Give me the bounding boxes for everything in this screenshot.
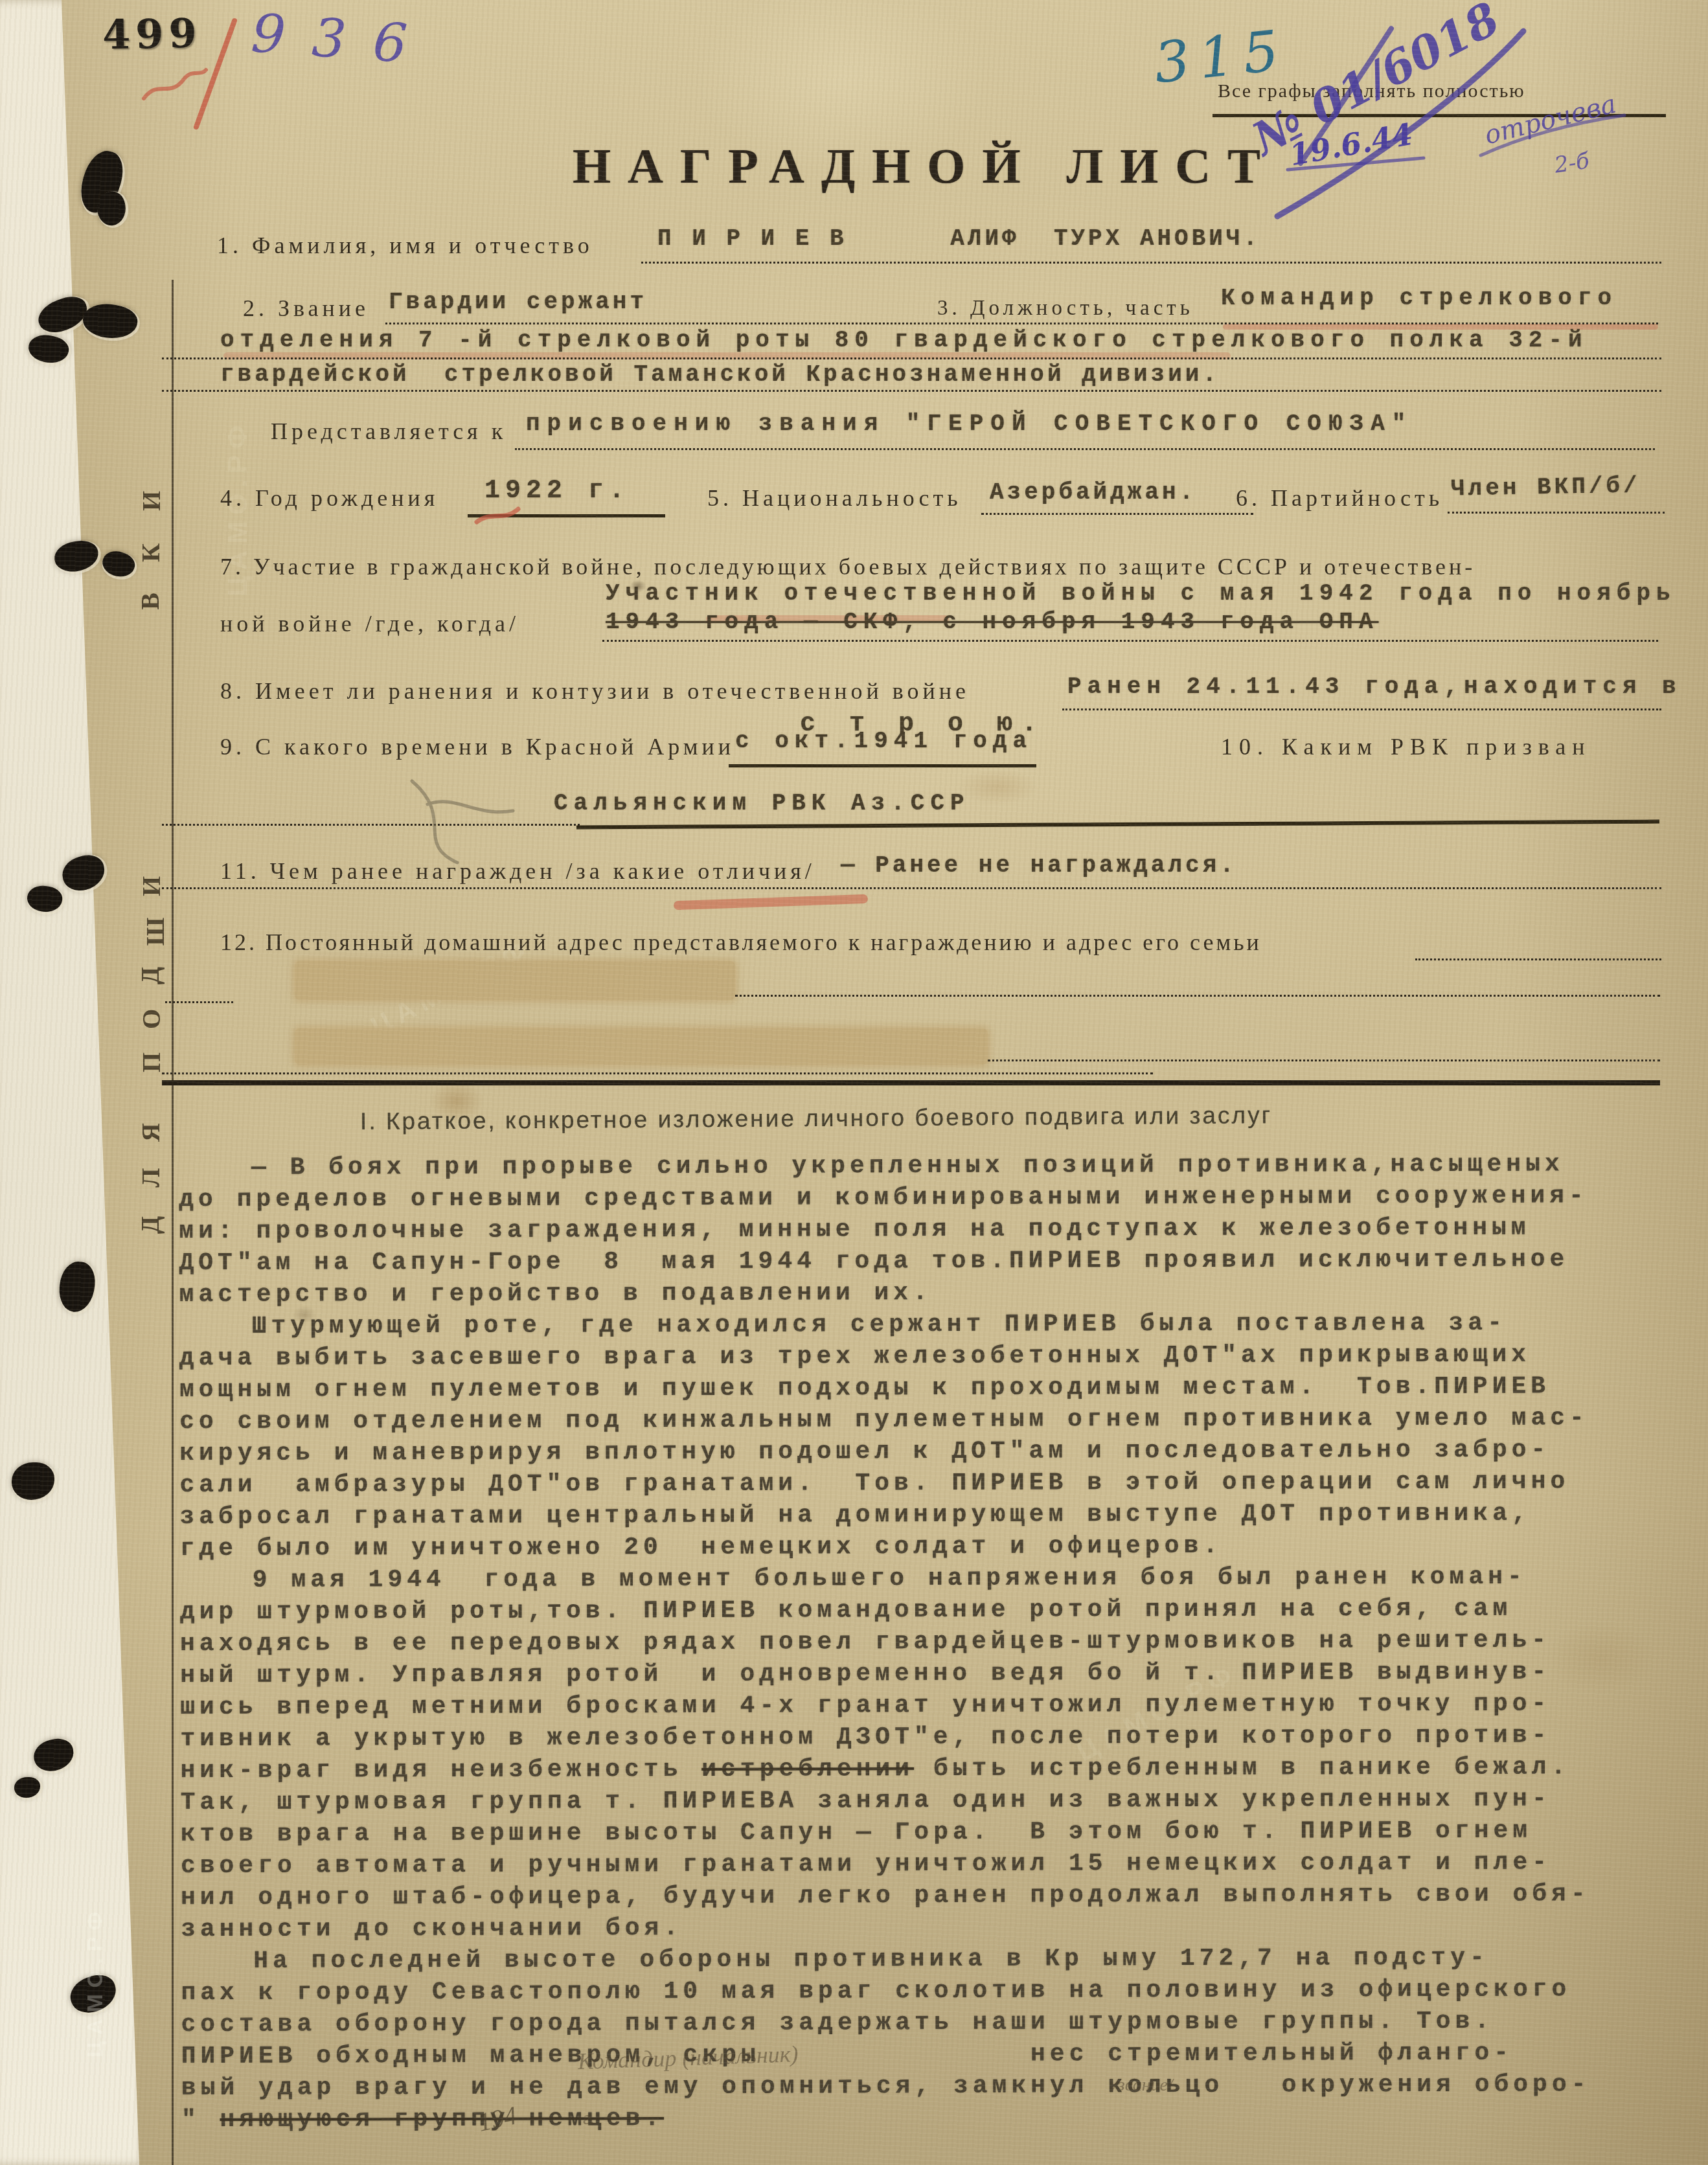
citation-line: сали амбразуры ДОТ"ов гранатами. Тов. ПИ… (179, 1466, 1682, 1501)
rank-print: /звание/ (1113, 2075, 1173, 2096)
citation-line: ПИРИЕВ обходным маневром, скры нес стрем… (181, 2037, 1684, 2072)
citation-line: пах к городу Севастополю 10 мая враг ско… (181, 1973, 1683, 2009)
citation-line: Так, штурмовая группа т. ПИРИЕВА заняла … (181, 1783, 1683, 1819)
citation-body: — В боях при прорыве сильно укрепленных … (179, 1148, 1684, 2136)
divider-dotted (162, 1072, 1153, 1074)
margin-letter: Ш (140, 918, 170, 946)
field12-label: 12. Постоянный домашний адрес представля… (220, 929, 1262, 956)
presented-label: Представляется к (271, 418, 507, 445)
dotted-underline (735, 995, 1660, 997)
margin-letter: П (136, 1052, 166, 1072)
citation-line: ми: проволочные заграждения, минные поля… (179, 1212, 1681, 1247)
dotted-underline (1062, 708, 1661, 710)
hole-punch (99, 547, 138, 582)
award-sheet-page: ИКВИШДОПЯЛД ЦАМО.РФ ЦАМО.РФ ЦАМО.РФ ЦАМО… (0, 0, 1708, 2165)
citation-line: " няющуюся группу немцев. (181, 2100, 1684, 2136)
section-heading: I. Краткое, конкретное изложение личного… (360, 1102, 1272, 1135)
citation-line: занности до скончании боя. (181, 1910, 1683, 1945)
field10-label: 10. Каким РВК призван (1221, 733, 1591, 760)
dotted-underline (385, 323, 1658, 324)
margin-letter: Л (135, 1168, 166, 1188)
citation-line: вый удар врагу и не дав ему опомниться, … (181, 2069, 1684, 2104)
field4-label: 4. Год рождения (220, 484, 438, 512)
field6-value: Член ВКП/б/ (1451, 472, 1641, 502)
solid-underline (729, 764, 1036, 767)
field3-label: 3. Должность, часть (937, 297, 1194, 321)
presented-value: присвоению звания "ГЕРОЙ СОВЕТСКОГО СОЮЗ… (526, 411, 1413, 437)
field5-label: 5. Национальность (707, 484, 962, 512)
page-number-stamp: 499 (102, 10, 202, 59)
citation-line: нил одного штаб-офицера, будучи легко ра… (181, 1878, 1683, 1914)
field3-value-line1: Командир стрелкового (1221, 285, 1617, 312)
citation-line: ктов врага на вершине высоты Сапун — Гор… (181, 1815, 1683, 1850)
margin-letter: И (136, 876, 166, 896)
pencil-squiggle (412, 781, 513, 863)
citation-line: со своим отделением под кинжальным пулем… (179, 1402, 1682, 1438)
citation-line: Штурмующей роте, где находился сержант П… (179, 1307, 1682, 1343)
divider-thick (162, 1080, 1660, 1085)
field3-value-line2: отделения 7 -й стрелковой роты 80 гварде… (220, 327, 1588, 354)
field8-label: 8. Имеет ли ранения и контузии в отечест… (220, 677, 970, 705)
dotted-underline (162, 824, 580, 826)
red-pencil-diagonal (196, 21, 234, 127)
archive-watermark: ЦАМО.РФ (1705, 367, 1708, 545)
dotted-underline (988, 1060, 1660, 1061)
citation-line: — В боях при прорыве сильно укрепленных … (179, 1148, 1681, 1184)
citation-line: мощным огнем пулеметов и пушек подходы к… (179, 1370, 1682, 1406)
citation-line: кируясь и маневрируя вплотную подошел к … (179, 1434, 1682, 1469)
red-pencil-scribble (144, 70, 206, 98)
field9-value: с окт.1941 года (735, 728, 1032, 754)
citation-line: забросал гранатами центральный на домини… (179, 1497, 1682, 1533)
citation-line: ник-враг видя неизбежность истреблении б… (180, 1751, 1683, 1787)
field2-label: 2. Звание (243, 295, 369, 322)
form-left-rule (172, 280, 174, 2165)
redacted-block (295, 961, 735, 1000)
dotted-underline (515, 448, 1655, 450)
field4-value: 1922 г. (484, 477, 630, 506)
margin-letter: Д (135, 1216, 165, 1234)
field7-value-line1: Участник отечественной войны с мая 1942 … (606, 580, 1676, 607)
dotted-underline (981, 513, 1253, 515)
solid-underline (576, 820, 1659, 830)
citation-line: ДОТ"ам на Сапун-Горе 8 мая 1944 года тов… (179, 1243, 1681, 1279)
hole-punch (81, 300, 139, 341)
citation-line: где было им уничтожено 20 немецких солда… (180, 1529, 1683, 1565)
field11-label: 11. Чем ранее награжден /за какие отличи… (220, 857, 815, 885)
redacted-block (295, 1028, 988, 1065)
margin-letter: Я (135, 1123, 166, 1142)
dotted-underline (1448, 512, 1665, 514)
dotted-underline (1415, 958, 1661, 960)
field2-value: Гвардии сержант (389, 289, 647, 315)
citation-line: На последней высоте обороны противника в… (181, 1942, 1683, 1977)
margin-letter: О (136, 1009, 166, 1029)
field8-value: Ранен 24.11.43 года,находится в (1067, 674, 1682, 700)
field1-label: 1. Фамилия, имя и отчество (217, 232, 593, 259)
handwritten-number-top: 936 (249, 3, 436, 76)
citation-line: дача выбить засевшего врага из трех желе… (179, 1339, 1682, 1374)
citation-line: мастерство и геройство в подавлении их. (179, 1275, 1682, 1311)
margin-letter: И (136, 491, 166, 511)
field6-label: 6. Партийность (1236, 484, 1443, 512)
citation-line: ный штурм. Управляя ротой и одновременно… (180, 1656, 1683, 1692)
field10-value: Сальянским РВК Аз.ССР (554, 790, 970, 817)
document-title: НАГРАДНОЙ ЛИСТ (573, 139, 1277, 195)
dotted-underline (162, 390, 1661, 392)
dotted-underline (162, 357, 1661, 359)
dotted-underline (162, 887, 1661, 889)
citation-line: состава оборону города пытался задержать… (181, 2005, 1683, 2041)
citation-line: шись вперед метними бросками 4-х гранат … (180, 1688, 1683, 1723)
citation-line: 9 мая 1944 года в момент большего напряж… (180, 1561, 1683, 1596)
field1-value: П И Р И Е В АЛИФ ТУРХ АНОВИЧ. (657, 225, 1260, 252)
field7-label-line2: ной войне /где, когда/ (220, 610, 519, 637)
margin-letter: Д (135, 967, 165, 985)
margin-letter: В (135, 593, 165, 610)
citation-line: своего автомата и ручными гранатами унич… (181, 1846, 1683, 1882)
citation-line: находясь в ее передовых рядах повел гвар… (180, 1624, 1683, 1660)
field7-value-line2: 1943 года — СКФ, с ноября 1943 года ОПА (606, 609, 1379, 635)
field7-label-line1: 7. Участие в гражданской войне, последую… (220, 553, 1475, 580)
field11-value: — Ранее не награждался. (841, 852, 1237, 879)
handwritten-ink-note: 2-б (1553, 148, 1591, 178)
year-suffix-print: г. (583, 2107, 595, 2129)
margin-letter: К (135, 543, 166, 562)
citation-line: тивник а укрытую в железобетонном ДЗОТ"е… (180, 1719, 1683, 1755)
field3-value-line3: гвардейской стрелковой Таманской Красноз… (220, 361, 1220, 388)
citation-line: до пределов огневыми средствами и комбин… (179, 1180, 1681, 1216)
citation-line: дир штурмовой роты,тов. ПИРИЕВ командова… (180, 1593, 1683, 1628)
dotted-underline (165, 1001, 233, 1003)
field9-label: 9. С какого времени в Красной Армии (220, 733, 734, 760)
dotted-underline (641, 262, 1661, 264)
red-pencil-underline (674, 894, 868, 910)
dotted-underline (602, 640, 1658, 642)
field5-value: Азербайджан. (990, 479, 1196, 506)
solid-underline (468, 514, 665, 517)
